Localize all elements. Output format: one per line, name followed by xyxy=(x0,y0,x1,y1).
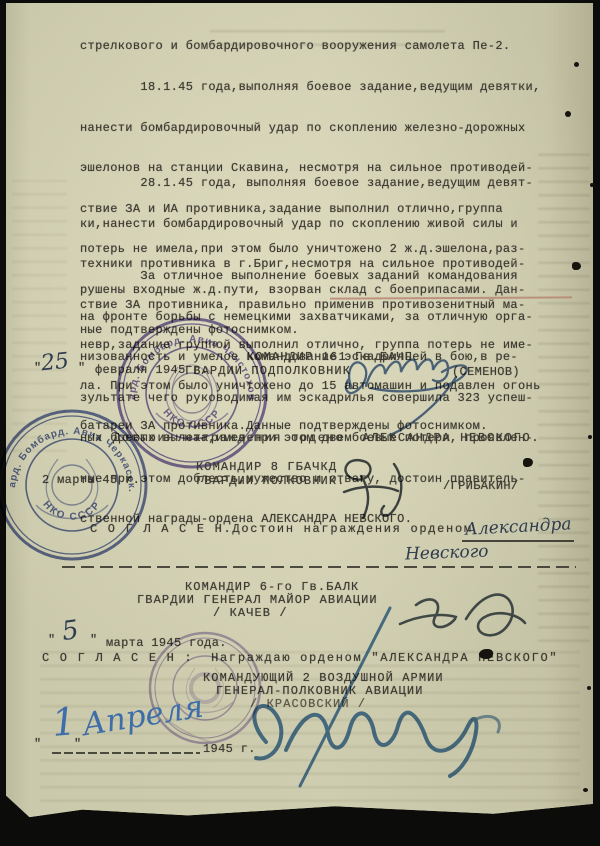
paper-speck xyxy=(583,788,588,792)
scanned-award-document: стрелкового и бомбардировочного вооружен… xyxy=(0,0,600,846)
approval2-title-line1: КОМАНДИР 8 ГБАЧКД xyxy=(196,461,337,475)
body-line: 18.1.45 года,выполняя боевое задание,вед… xyxy=(80,81,541,95)
dashed-fill-line xyxy=(62,566,576,568)
final-day-quote-close: " xyxy=(74,738,82,752)
punch-hole-mark xyxy=(479,649,493,659)
svg-text:НКО СССР: НКО СССР xyxy=(160,407,223,431)
krasovsky-signature xyxy=(218,600,593,800)
paper-speck xyxy=(590,183,594,187)
date-underscore-line xyxy=(52,752,200,754)
agree1-handwritten-nevskogo: Невского xyxy=(405,542,489,565)
verdict-polk: Достоин награждения орденом АЛЕКСАНДРА Н… xyxy=(113,432,540,446)
approval3-day-quote-open: " xyxy=(48,634,56,648)
approval1-day-handwritten: 25 xyxy=(40,349,70,377)
body-line: нанести бомбардировочный удар по скоплен… xyxy=(80,122,541,136)
paper-speck xyxy=(588,435,592,439)
body-line: 28.1.45 года, выполняя боевое задание,ве… xyxy=(80,177,541,191)
division-round-stamp: 8-я Гвард. Бомбард. Авиа Черкасск. Див. … xyxy=(0,405,152,565)
paper-speck xyxy=(587,686,591,690)
paper-speck xyxy=(565,111,571,117)
final-day-quote-open: " xyxy=(34,738,42,752)
gribakin-signature xyxy=(330,448,440,528)
paper-speck xyxy=(572,262,581,270)
approval3-day-quote-close: " xyxy=(90,634,98,648)
paper-speck xyxy=(574,62,579,67)
svg-text:НКО СССР: НКО СССР xyxy=(40,499,103,523)
approval2-surname: /ГРИБАКИН/ xyxy=(443,480,519,494)
body-line: ки,нанести бомбардировочный удар по скоп… xyxy=(80,218,541,232)
agree1-typed: С О Г Л А С Е Н.Достоин награждения орде… xyxy=(90,523,473,537)
approval2-title-line2: ГВАРДИИ ПОЛКОВНИК. xyxy=(196,475,345,489)
body-intro-line: стрелкового и бомбардировочного вооружен… xyxy=(80,40,510,54)
semenov-signature xyxy=(338,336,493,446)
approval1-day-quote-close: " xyxy=(78,362,86,376)
body-line: За отличное выполнение боевых заданий ко… xyxy=(80,270,533,284)
